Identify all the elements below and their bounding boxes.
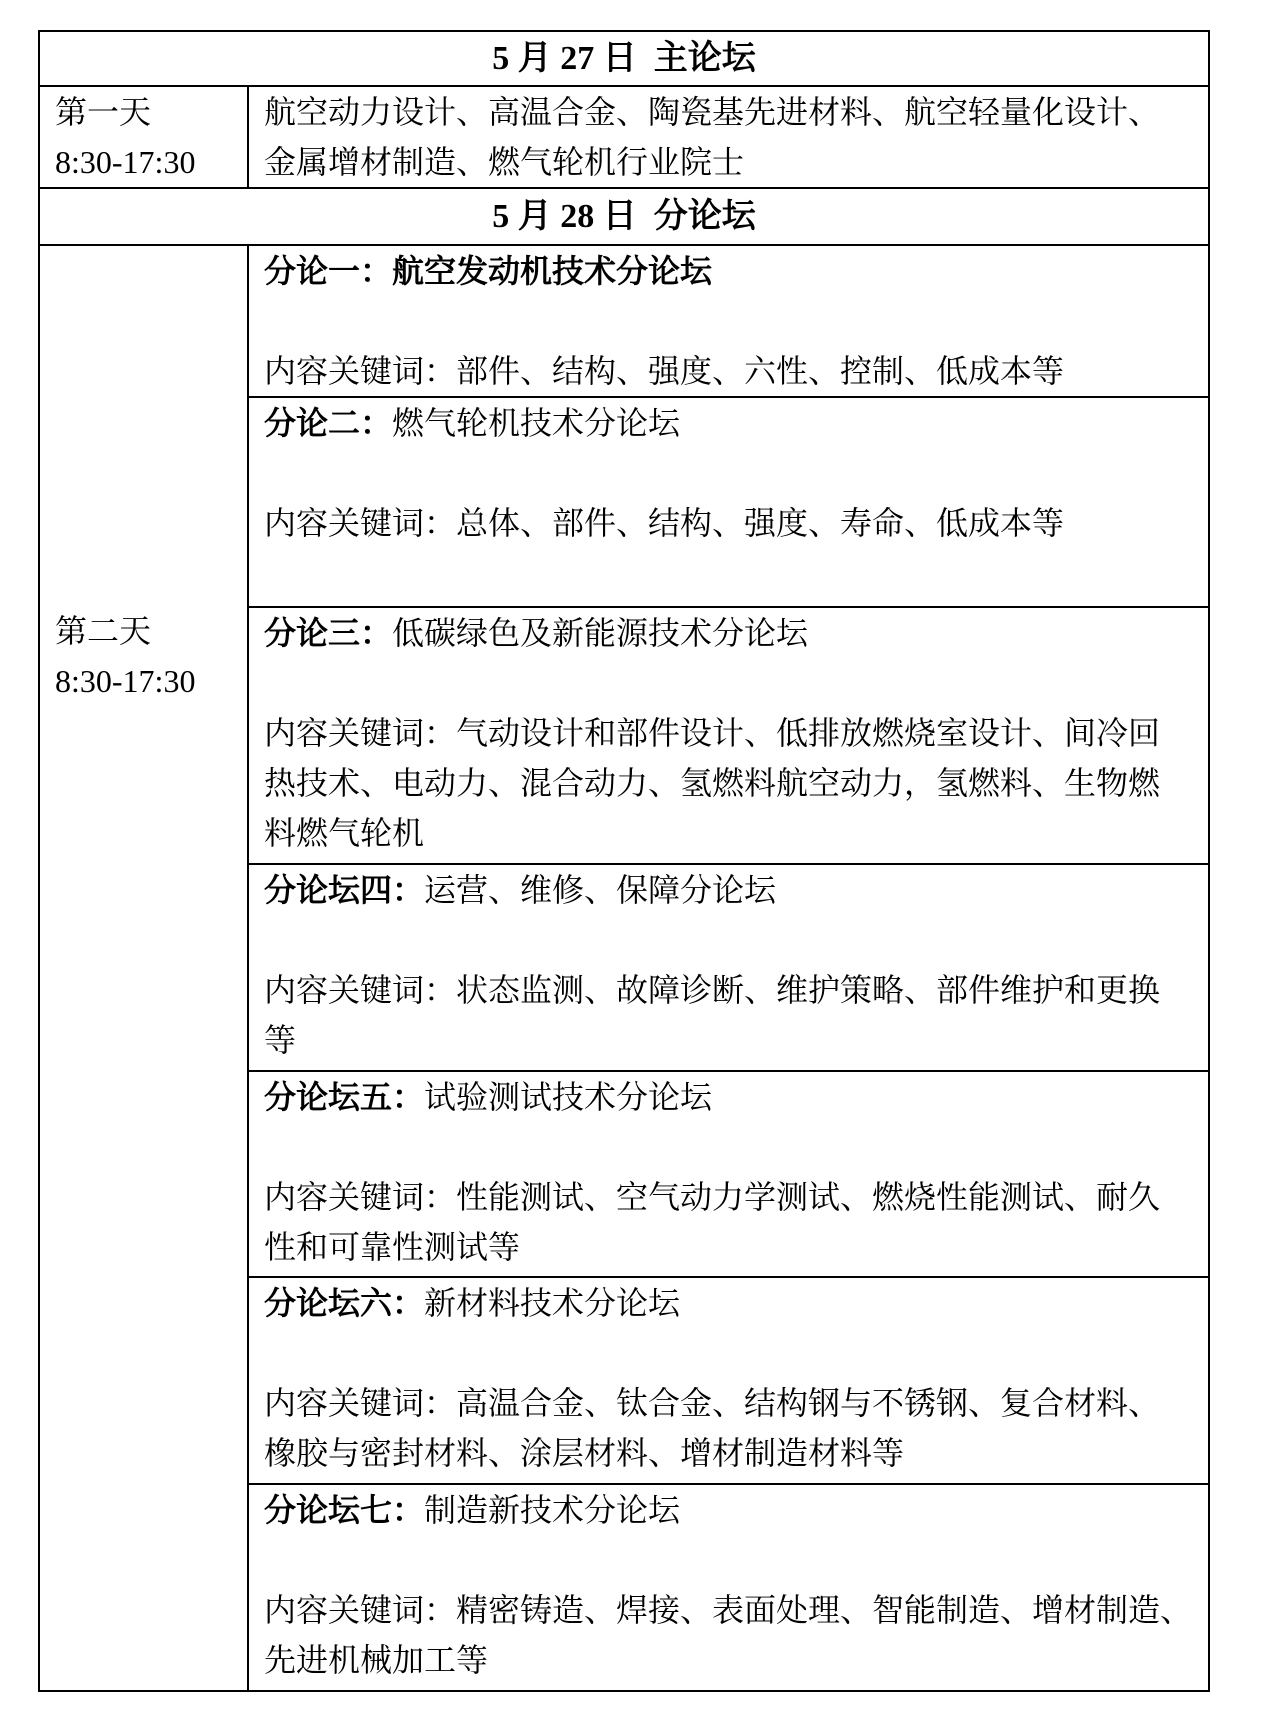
session-6-title: 分论坛六：新材料技术分论坛 <box>264 1278 1204 1328</box>
session-2-title: 分论二：燃气轮机技术分论坛 <box>264 398 1204 448</box>
day2-header-cell: 5 月 28 日 分论坛 <box>39 188 1209 245</box>
day1-content-cell: 航空动力设计、高温合金、陶瓷基先进材料、航空轻量化设计、 金属增材制造、燃气轮机… <box>248 86 1209 188</box>
session-7-title: 分论坛七：制造新技术分论坛 <box>264 1485 1204 1535</box>
session-cell-3: 分论三：低碳绿色及新能源技术分论坛 内容关键词：气动设计和部件设计、低排放燃烧室… <box>248 607 1209 864</box>
session-cell-2: 分论二：燃气轮机技术分论坛 内容关键词：总体、部件、结构、强度、寿命、低成本等 <box>248 397 1209 607</box>
schedule-table: 5 月 27 日 主论坛 第一天 8:30-17:30 航空动力设计、高温合金、… <box>38 30 1210 1692</box>
session-cell-5: 分论坛五：试验测试技术分论坛 内容关键词：性能测试、空气动力学测试、燃烧性能测试… <box>248 1071 1209 1277</box>
session-4-keywords: 内容关键词：状态监测、故障诊断、维护策略、部件维护和更换 等 <box>264 965 1204 1065</box>
day1-time: 8:30-17:30 <box>55 137 243 187</box>
session-1-title: 分论一：航空发动机技术分论坛 <box>264 246 1204 296</box>
session-6-keywords: 内容关键词：高温合金、钛合金、结构钢与不锈钢、复合材料、 橡胶与密封材料、涂层材… <box>264 1378 1204 1478</box>
session-4-title: 分论坛四：运营、维修、保障分论坛 <box>264 865 1204 915</box>
session-cell-4: 分论坛四：运营、维修、保障分论坛 内容关键词：状态监测、故障诊断、维护策略、部件… <box>248 864 1209 1071</box>
session-5-title: 分论坛五：试验测试技术分论坛 <box>264 1072 1204 1122</box>
session-3-title: 分论三：低碳绿色及新能源技术分论坛 <box>264 608 1204 658</box>
session-3-keywords: 内容关键词：气动设计和部件设计、低排放燃烧室设计、间冷回 热技术、电动力、混合动… <box>264 708 1204 858</box>
session-cell-6: 分论坛六：新材料技术分论坛 内容关键词：高温合金、钛合金、结构钢与不锈钢、复合材… <box>248 1277 1209 1484</box>
session-7-keywords: 内容关键词：精密铸造、焊接、表面处理、智能制造、增材制造、 先进机械加工等 <box>264 1585 1204 1685</box>
day2-label-cell: 第二天 8:30-17:30 <box>39 245 248 1691</box>
session-cell-1: 分论一：航空发动机技术分论坛 内容关键词：部件、结构、强度、六性、控制、低成本等 <box>248 245 1209 397</box>
day1-label: 第一天 <box>55 87 243 137</box>
session-1-keywords: 内容关键词：部件、结构、强度、六性、控制、低成本等 <box>264 346 1204 396</box>
day2-label: 第二天 <box>55 606 243 656</box>
session-5-keywords: 内容关键词：性能测试、空气动力学测试、燃烧性能测试、耐久 性和可靠性测试等 <box>264 1172 1204 1272</box>
day1-label-cell: 第一天 8:30-17:30 <box>39 86 248 188</box>
day1-header-cell: 5 月 27 日 主论坛 <box>39 31 1209 86</box>
session-cell-7: 分论坛七：制造新技术分论坛 内容关键词：精密铸造、焊接、表面处理、智能制造、增材… <box>248 1484 1209 1691</box>
session-2-keywords: 内容关键词：总体、部件、结构、强度、寿命、低成本等 <box>264 498 1204 548</box>
day2-time: 8:30-17:30 <box>55 656 243 706</box>
